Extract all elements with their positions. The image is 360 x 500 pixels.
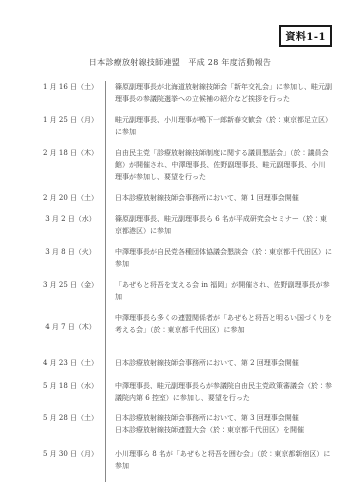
document-page: 資料1-1 日本診療放射線技師連盟 平成 28 年度活動報告 1 月 16 日（…	[0, 0, 360, 500]
row-date: 3 月 8 日（火）	[36, 246, 105, 258]
table-row: 5 月 18 日（水） 中澤理事長、畦元副理事長らが参議院自由民主党政策審議会（…	[36, 380, 332, 412]
row-date: 1 月 25 日（月）	[36, 114, 105, 126]
table-row: 5 月 28 日（土） 日本診療放射線技師会事務所において、第 3 回理事会開催…	[36, 412, 332, 448]
row-date: 1 月 16 日（土）	[36, 81, 105, 93]
row-date: 3 月 25 日（金）	[36, 279, 105, 291]
row-text: 中澤理事長ら多くの連盟関係者が「あぜもと将吾と明るい国づくりを考える会」（於：東…	[105, 312, 332, 357]
row-text: 日本診療放射線技師会事務所において、第 3 回理事会開催 日本診療放射線技師連盟…	[105, 412, 332, 448]
row-date: 4 月 7 日（木）	[36, 312, 105, 333]
row-date: 5 月 30 日（月）	[36, 448, 105, 460]
row-date: 2 月 20 日（土）	[36, 192, 105, 204]
row-date: 5 月 28 日（土）	[36, 412, 105, 424]
table-row: 4 月 7 日（木） 中澤理事長ら多くの連盟関係者が「あぜもと将吾と明るい国づく…	[36, 312, 332, 357]
table-row: 1 月 16 日（土） 篠原副理事長が北海道放射線技師会「新年交礼会」に参加し、…	[36, 81, 332, 114]
row-date: 2 月 18 日（木）	[36, 147, 105, 159]
row-text: 日本診療放射線技師会事務所において、第 2 回理事会開催	[105, 357, 332, 380]
row-text: 「あぜもと将吾を支える会 in 福岡」が開催され、佐野副理事長が参加	[105, 279, 332, 312]
row-date: 4 月 23 日（土）	[36, 357, 105, 369]
page-title: 日本診療放射線技師連盟 平成 28 年度活動報告	[0, 57, 360, 68]
document-tag-badge: 資料1-1	[279, 25, 332, 47]
row-date: 3 月 2 日（水）	[36, 213, 105, 225]
row-text: 日本診療放射線技師会事務所において、第 1 回理事会開催	[105, 192, 332, 213]
table-row: 3 月 8 日（火） 中澤理事長が自民党各種団体協議会懇談会（於：東京都千代田区…	[36, 246, 332, 279]
table-row: 3 月 25 日（金） 「あぜもと将吾を支える会 in 福岡」が開催され、佐野副…	[36, 279, 332, 312]
row-text: 中澤理事長が自民党各種団体協議会懇談会（於：東京都千代田区）に参加	[105, 246, 332, 279]
row-date: 5 月 18 日（水）	[36, 380, 105, 392]
report-table: 1 月 16 日（土） 篠原副理事長が北海道放射線技師会「新年交礼会」に参加し、…	[36, 81, 332, 482]
row-text: 篠原副理事長、畦元副理事長ら 6 名が平成研究会セミナー（於：東京都港区）に参加	[105, 213, 332, 246]
table-row: 5 月 30 日（月） 小川理事ら 8 名が「あぜもと将吾を囲む会」（於：東京都…	[36, 448, 332, 482]
table-row: 1 月 25 日（月） 畦元副理事長、小川理事が鴨下一郎新春交歓会（於：東京都足…	[36, 114, 332, 147]
row-text: 自由民主党「診療放射線技師制度に関する議員懇話会」（於：議員会館）が開催され、中…	[105, 147, 332, 192]
row-text: 中澤理事長、畦元副理事長らが参議院自由民主党政策審議会（於：参議院内第 6 控室…	[105, 380, 332, 412]
row-text: 小川理事ら 8 名が「あぜもと将吾を囲む会」（於：東京都新宿区）に参加	[105, 448, 332, 482]
table-row: 2 月 18 日（木） 自由民主党「診療放射線技師制度に関する議員懇話会」（於：…	[36, 147, 332, 192]
table-row: 2 月 20 日（土） 日本診療放射線技師会事務所において、第 1 回理事会開催	[36, 192, 332, 213]
row-text: 篠原副理事長が北海道放射線技師会「新年交礼会」に参加し、畦元副理事長の参議院選挙…	[105, 81, 332, 114]
row-text: 畦元副理事長、小川理事が鴨下一郎新春交歓会（於：東京都足立区）に参加	[105, 114, 332, 147]
table-row: 4 月 23 日（土） 日本診療放射線技師会事務所において、第 2 回理事会開催	[36, 357, 332, 380]
table-row: 3 月 2 日（水） 篠原副理事長、畦元副理事長ら 6 名が平成研究会セミナー（…	[36, 213, 332, 246]
